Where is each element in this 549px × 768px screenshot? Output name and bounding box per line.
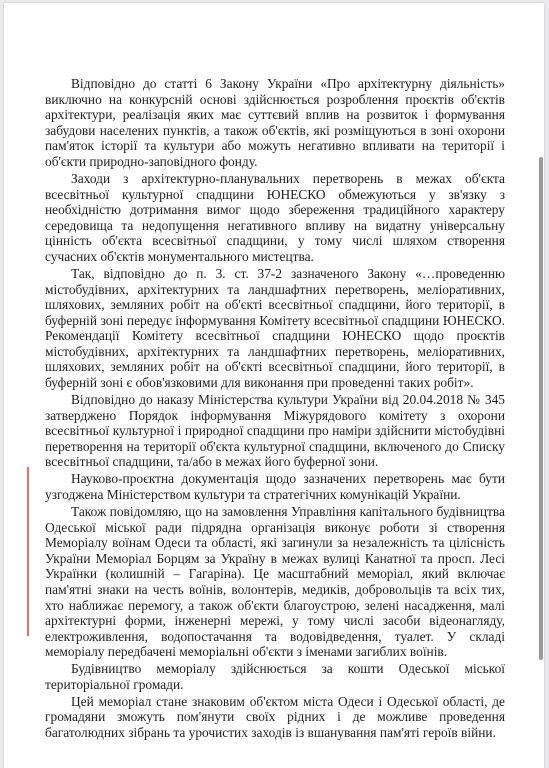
paragraph-unesco-restrictions: Заходи з архітектурно-планувальних перет… [45, 171, 505, 265]
document-page: Відповідно до статті 6 Закону України «П… [4, 3, 544, 768]
document-body: Відповідно до статті 6 Закону України «П… [45, 76, 505, 742]
paragraph-ministry-order: Відповідно до наказу Міністерства культу… [45, 392, 505, 470]
paragraph-architecture-law: Відповідно до статті 6 Закону України «П… [45, 76, 505, 170]
paragraph-memorial-construction: Також повідомляю, що на замовлення Управ… [45, 504, 505, 660]
scrollbar-thumb[interactable] [539, 157, 543, 660]
paragraph-article-37-2: Так, відповідно до п. 3. ст. 37-2 зазнач… [45, 266, 505, 391]
paragraph-funding: Будівництво меморіалу здійснюється за ко… [45, 661, 505, 692]
margin-highlight-marker [27, 467, 29, 636]
paragraph-memorial-significance: Цей меморіал стане знаковим об'єктом міс… [45, 694, 505, 741]
paragraph-design-documentation: Науково-проєктна документація щодо зазна… [45, 471, 505, 502]
document-viewer: Відповідно до статті 6 Закону України «П… [0, 0, 549, 768]
